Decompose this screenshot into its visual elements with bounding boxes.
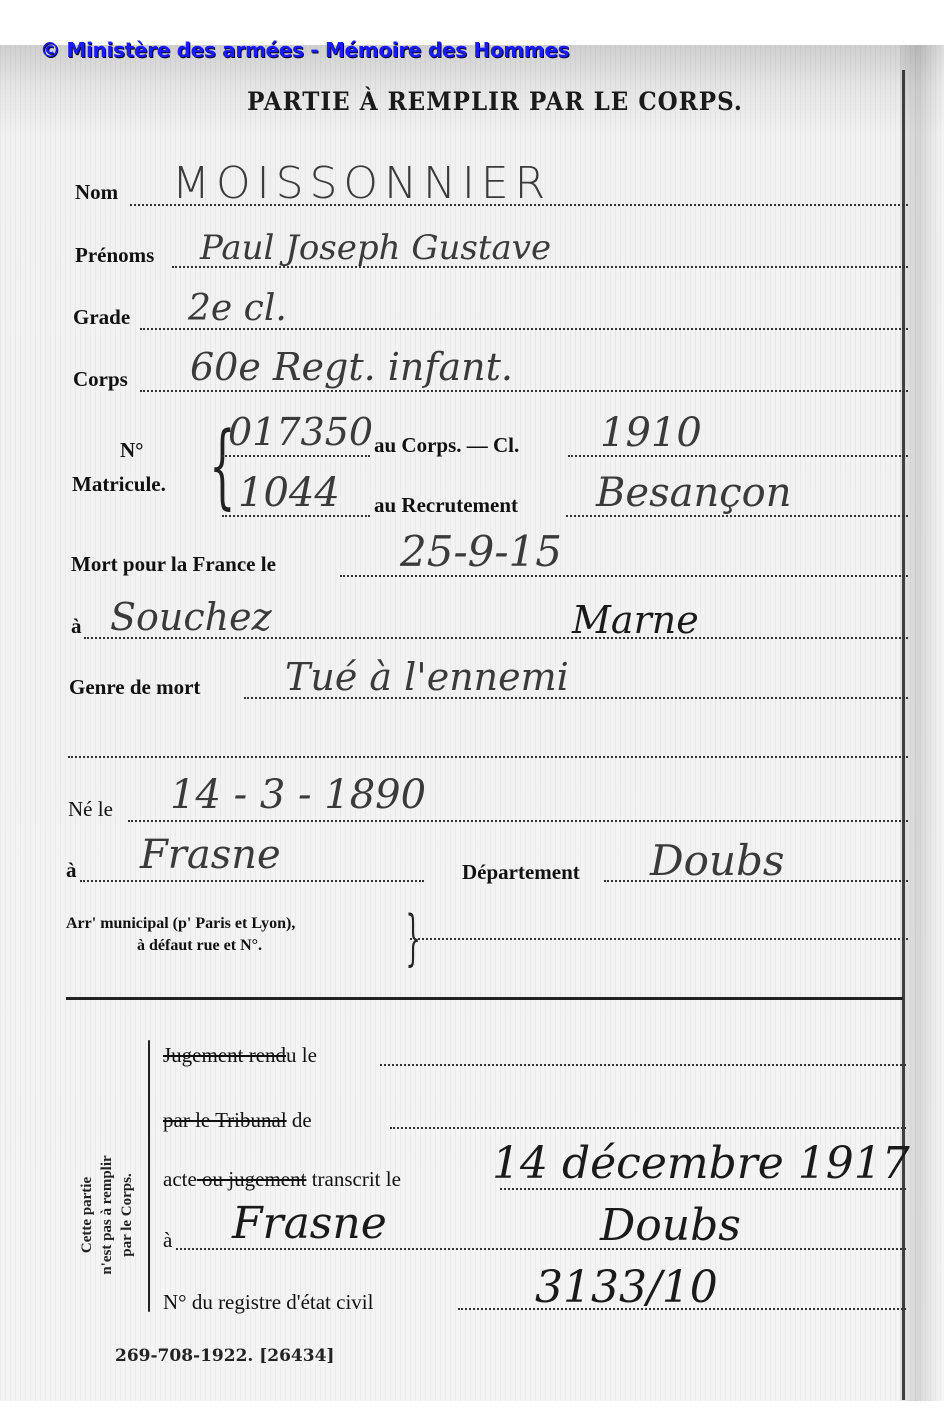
ne-le-value: 14 - 3 - 1890 (170, 772, 426, 818)
section-divider (66, 997, 903, 1000)
genre-de-mort-label: Genre de mort (69, 675, 200, 700)
departement-value: Doubs (650, 836, 784, 885)
genre-de-mort-value: Tué à l'ennemi (285, 655, 569, 699)
side-note: Cette partie n'est pas à remplir par le … (77, 1115, 147, 1315)
nom-value: MOISSONNIER (172, 158, 551, 209)
jugement-label-rest: u le (286, 1043, 317, 1067)
classe-value: 1910 (600, 410, 702, 456)
jugement-line (380, 1064, 906, 1066)
tribunal-label: par le Tribunal de (163, 1108, 312, 1133)
mort-a-dept: Marne (572, 598, 699, 642)
corps-value: 60e Regt. infant. (190, 345, 513, 389)
civil-a-dept: Doubs (600, 1200, 741, 1251)
mort-le-value: 25-9-15 (400, 527, 562, 576)
ne-le-line (128, 820, 908, 822)
nom-label: Nom (75, 180, 118, 205)
arrondissement-label: Arr' municipal (p' Paris et Lyon), (66, 915, 295, 933)
arrondissement-label-2: à défaut rue et N°. (137, 937, 262, 955)
departement-label: Département (462, 860, 580, 885)
matricule-corps-value: 017350 (228, 410, 373, 454)
mort-a-value: Souchez (110, 595, 272, 639)
matricule-corps-label: au Corps. — Cl. (374, 433, 519, 458)
matricule-label-no: N° (120, 438, 144, 463)
tribunal-label-rest: de (287, 1108, 312, 1132)
ne-a-value: Frasne (140, 832, 281, 878)
side-note-line-1: Cette partie (77, 1115, 97, 1315)
mort-a-label: à (71, 614, 82, 639)
transcrit-label-a: acte (163, 1167, 197, 1191)
registre-value: 3133/10 (535, 1262, 718, 1313)
corps-label: Corps (73, 367, 128, 392)
page-edge-shading (900, 45, 944, 1401)
form-title: PARTIE À REMPLIR PAR LE CORPS. (0, 87, 944, 117)
transcrit-label-struck: ou jugement (197, 1167, 307, 1191)
jugement-label-struck: Jugement rend (163, 1043, 286, 1067)
jugement-label: Jugement rendu le (163, 1043, 317, 1068)
prenoms-value: Paul Joseph Gustave (200, 228, 551, 268)
ne-a-line (80, 880, 424, 882)
ne-a-label: à (66, 858, 77, 883)
arrondissement-line (410, 938, 908, 940)
civil-a-value: Frasne (232, 1198, 387, 1249)
prenoms-label: Prénoms (75, 243, 154, 268)
civil-a-label: à (163, 1228, 172, 1253)
copyright-watermark: © Ministère des armées - Mémoire des Hom… (40, 38, 569, 62)
matricule-corps-line (222, 455, 370, 457)
side-note-line-2: n'est pas à remplir (97, 1115, 117, 1315)
tribunal-label-struck: par le Tribunal (163, 1108, 287, 1132)
recrutement-place-value: Besançon (596, 470, 791, 516)
recrutement-label: au Recrutement (374, 493, 518, 518)
ne-le-label: Né le (68, 797, 113, 822)
matricule-label: Matricule. (72, 472, 166, 497)
transcrit-value: 14 décembre 1917 (492, 1138, 910, 1189)
page-edge-line (902, 70, 905, 1400)
transcrit-label: acte ou jugement transcrit le (163, 1167, 401, 1192)
grade-value: 2e cl. (188, 288, 287, 329)
corps-line (140, 390, 908, 392)
print-code: 269-708-1922. [26434] (115, 1346, 334, 1366)
civil-section-brace (148, 1040, 150, 1312)
extra-line (68, 756, 908, 758)
grade-label: Grade (73, 305, 130, 330)
side-note-line-3: par le Corps. (117, 1115, 137, 1315)
tribunal-line (390, 1127, 906, 1129)
matricule-recrutement-value: 1044 (238, 470, 340, 516)
mort-le-label: Mort pour la France le (71, 552, 276, 577)
registre-label: N° du registre d'état civil (163, 1290, 373, 1315)
transcrit-label-rest: transcrit le (306, 1167, 400, 1191)
